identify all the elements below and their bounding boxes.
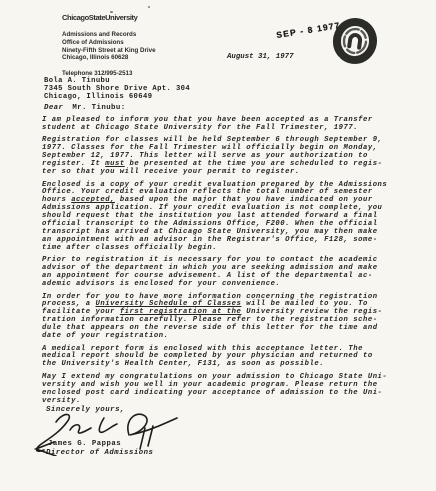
body-paragraph: Enclosed is a copy of your credit evalua… (42, 182, 426, 253)
recipient-address: Bola A. Tinubu7345 South Shore Drive Apt… (44, 78, 190, 102)
scan-speck (148, 6, 150, 8)
letterhead-line: Admissions and Records (62, 31, 156, 39)
letterhead: ChicagoStateUniversity Admissions and Re… (62, 13, 156, 77)
salutation-dear: Dear (44, 104, 63, 112)
circular-seal-stamp-icon (328, 13, 382, 69)
letterhead-address: Admissions and Records Office of Admissi… (62, 31, 156, 62)
scanned-letter-page: ChicagoStateUniversity Admissions and Re… (0, 0, 436, 491)
body-paragraph: May I extend my congratulations on your … (42, 374, 426, 406)
letterhead-line: Office of Admissions (62, 39, 156, 47)
signer-title: Director of Admissions (46, 449, 153, 457)
letterhead-line: Chicago, Illinois 60628 (62, 54, 156, 62)
signer-name: James G. Pappas (48, 440, 121, 448)
salutation-name: Mr. Tinubu: (72, 104, 125, 112)
body-paragraph: Registration for classes will be held Se… (42, 137, 426, 177)
body-paragraph: I am pleased to inform you that you have… (42, 117, 426, 133)
letter-date: August 31, 1977 (227, 53, 294, 61)
university-wordmark: ChicagoStateUniversity (62, 13, 156, 22)
letterhead-line: Ninety-Fifth Street at King Drive (62, 47, 156, 55)
scan-speck (110, 11, 113, 13)
body-paragraph: A medical report form is enclosed with t… (42, 346, 426, 370)
body-paragraph: In order for you to have more informatio… (42, 294, 426, 341)
letter-body: I am pleased to inform you that you have… (42, 117, 426, 410)
salutation: DearMr. Tinubu: (44, 104, 126, 112)
body-paragraph: Prior to registration it is necessary fo… (42, 257, 426, 289)
